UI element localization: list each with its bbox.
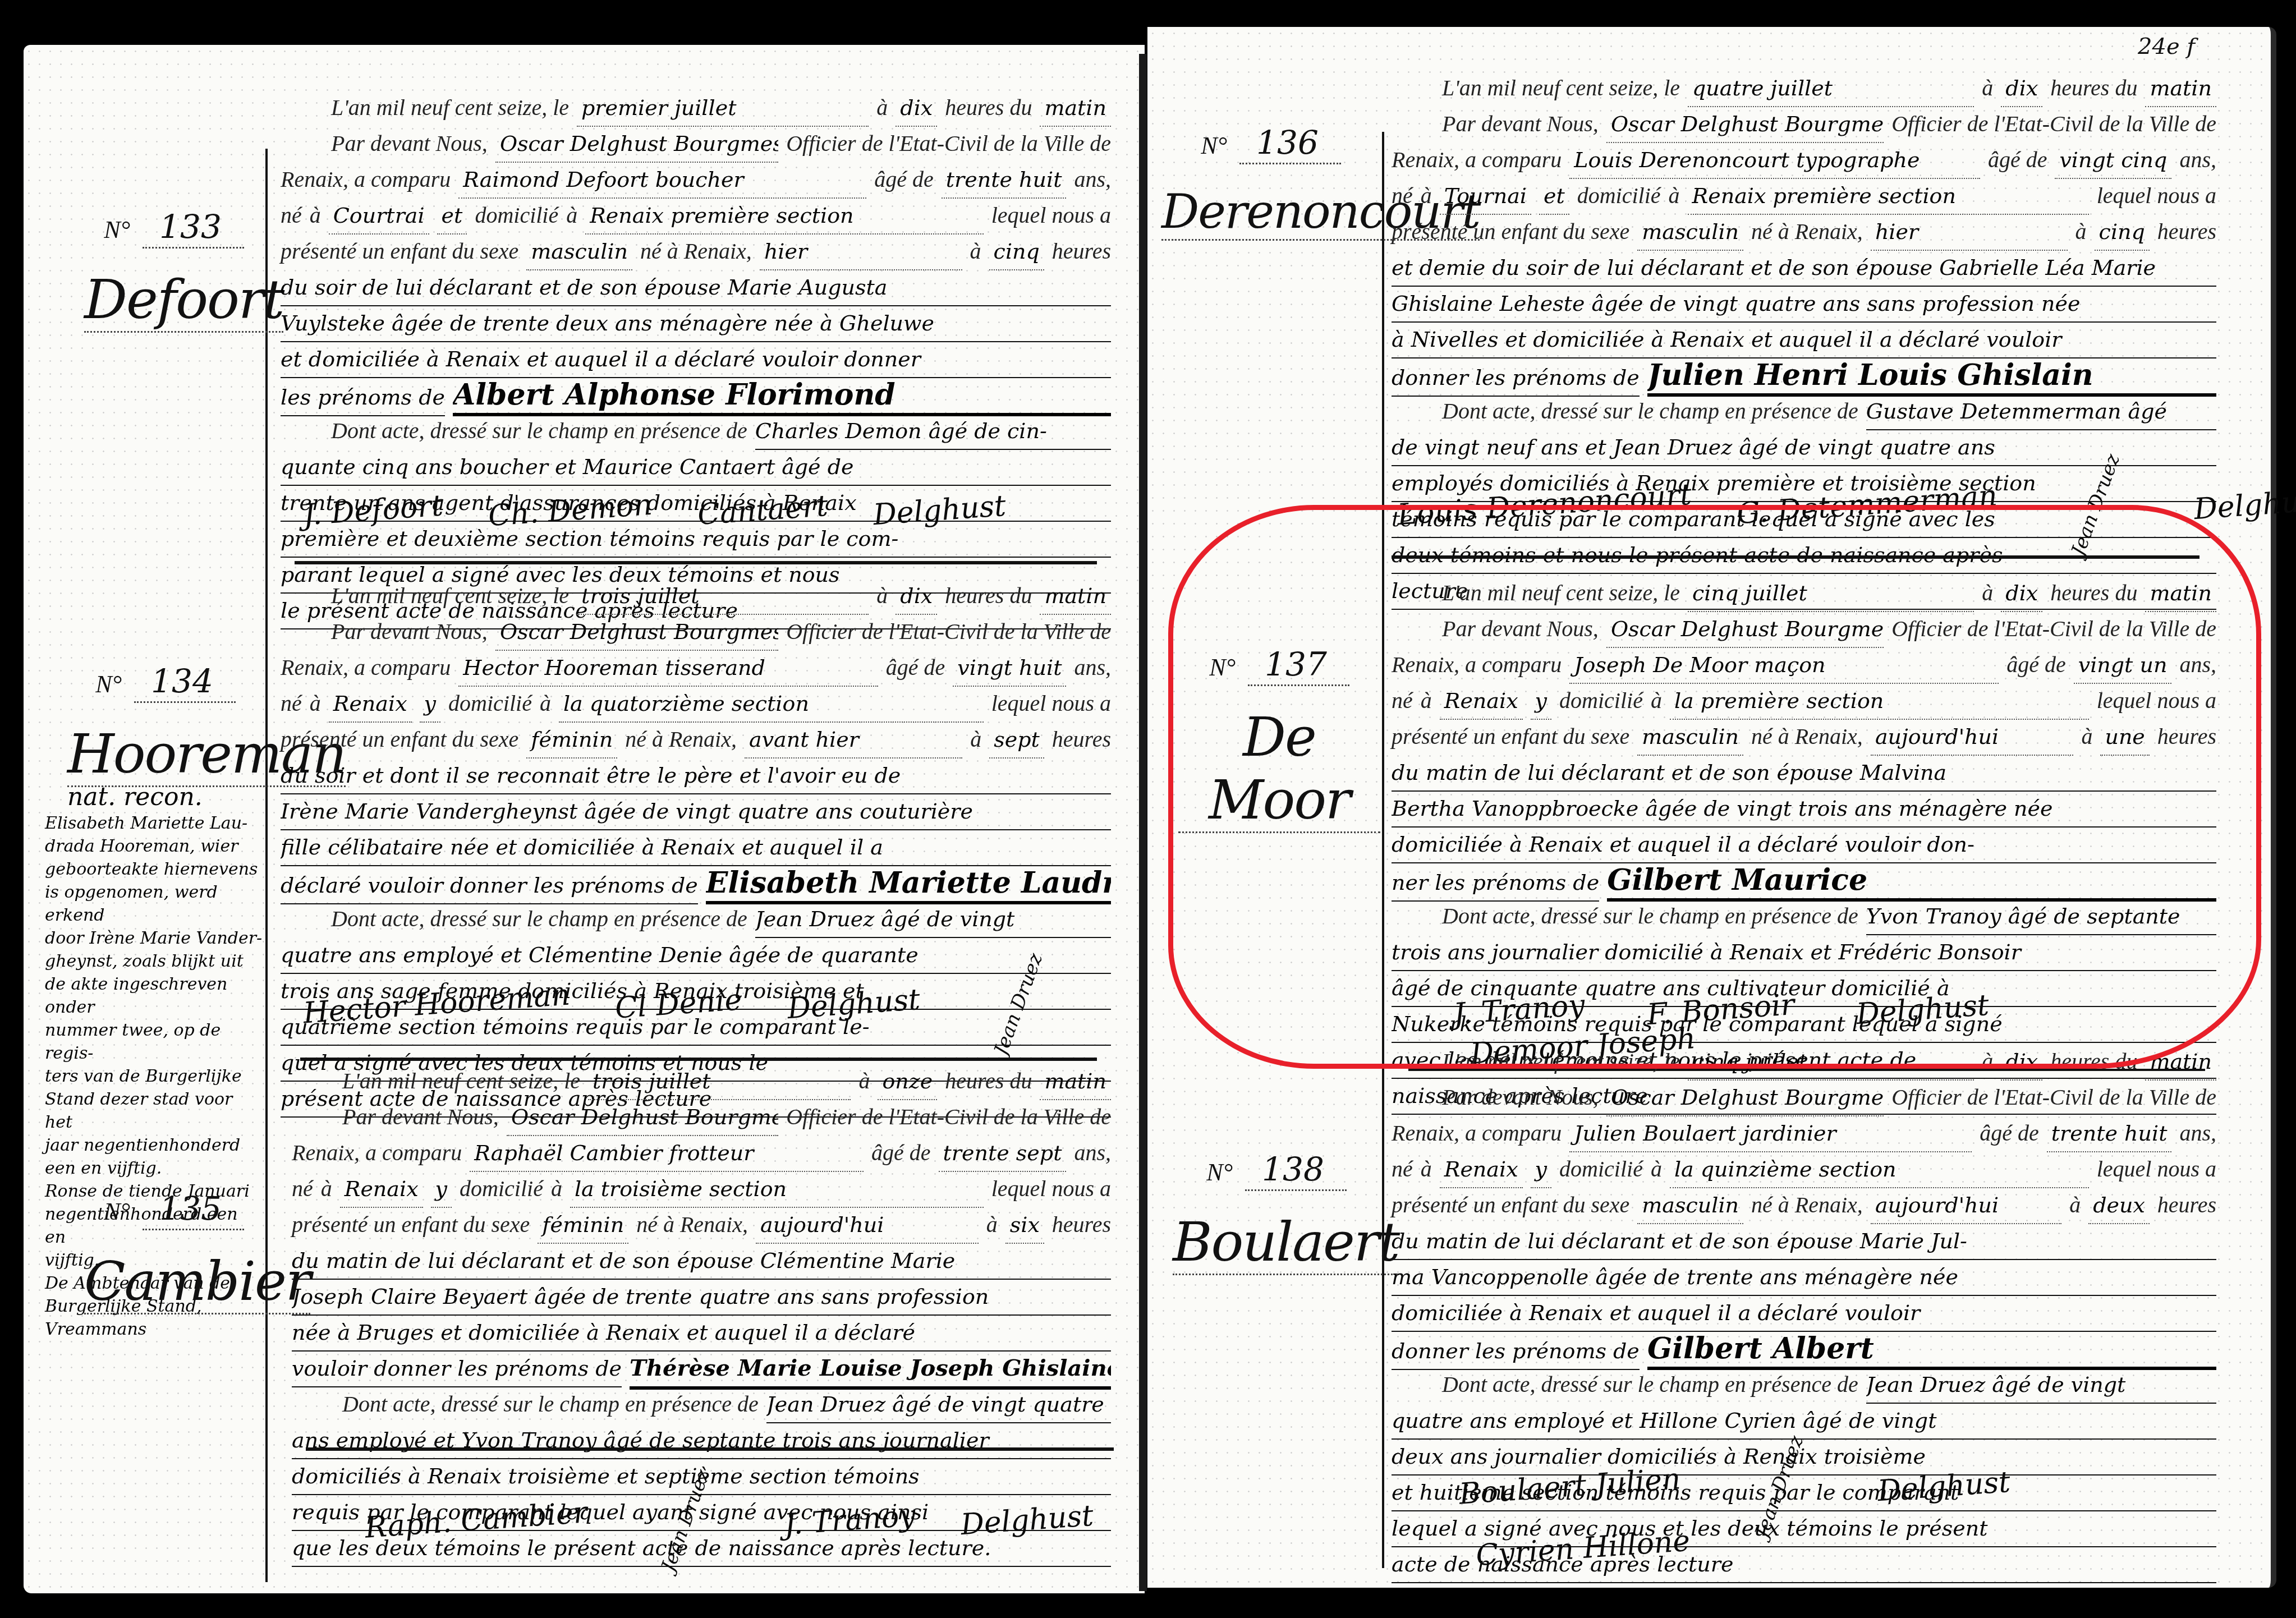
form-line: les prénoms deAlbert Alphonse Florimond <box>281 377 1111 413</box>
form-line: L'an mil neuf cent seize, lequatre juill… <box>1392 70 2216 106</box>
period-text: matin <box>2145 1044 2216 1081</box>
signatures-text: Delghust <box>959 1499 1095 1542</box>
left-margin-rule <box>265 149 268 1582</box>
line1-text: heures du <box>945 578 1032 614</box>
form-line: L'an mil neuf cent seize, letrois juille… <box>292 1063 1111 1099</box>
entry-surname: Boulaert <box>1173 1211 1399 1275</box>
line4-text: domicilié <box>475 197 558 233</box>
witness-text-text: ans employé et Yvon Tranoy âgé de septan… <box>292 1422 1111 1459</box>
form-line: Par devant Nous,Oscar Delghust Bourgmest… <box>292 1099 1111 1135</box>
line1-text: L'an mil neuf cent seize, le <box>331 578 569 614</box>
witness-intro-text: Dont acte, dressé sur le champ en présen… <box>331 413 747 449</box>
signatures-text: J. Defoort <box>302 489 444 532</box>
witness-text-text: trois ans journalier domicilié à Renaix … <box>1392 934 2216 971</box>
when-text: avant hier <box>745 721 962 759</box>
no-label-text: N° <box>1209 654 1236 681</box>
line5-text: à <box>970 721 981 757</box>
line4-text: à <box>1651 1151 1662 1187</box>
signatures: Hector HooremanCl DenieDelghustJean Drue… <box>303 987 1072 1021</box>
form-line: L'an mil neuf cent seize, lecinq juillet… <box>1392 1044 2216 1079</box>
body-text: et domiciliée à Renaix et auquel il a dé… <box>281 341 1111 378</box>
sex-text: masculin <box>1637 214 1743 251</box>
officer-text: Oscar Delghust Bourgmestre <box>1606 106 1884 143</box>
line2-text: Officier de l'Etat-Civil de la Ville de <box>1891 611 2216 647</box>
link-text: et <box>1539 178 1569 215</box>
line3-text: ans, <box>2179 1115 2216 1151</box>
lines-text: geboorteakte hiernevens <box>45 858 264 881</box>
date-text: trois juillet <box>577 578 869 615</box>
form-line: Renaix, a comparuRaimond Defoort boucher… <box>281 162 1111 197</box>
line3-text: âgé de <box>1988 142 2047 178</box>
no-text: 136 <box>1239 123 1341 164</box>
declarant-text: Raphaël Cambier frotteur <box>470 1135 864 1172</box>
at-hour-text: cinq <box>989 233 1044 270</box>
body-text: ma Vancoppenolle âgée de trente ans ména… <box>1392 1259 2216 1296</box>
form-line: Irène Marie Vandergheynst âgée de vingt … <box>281 793 1111 829</box>
signature-witness: Cyrien Hillone <box>1476 1532 1690 1565</box>
form-line: quante cinq ans boucher et Maurice Canta… <box>281 449 1111 485</box>
signatures: Louis DerenoncourtG. DetemmermanJean Dru… <box>1397 488 2296 522</box>
witness-intro-text: Dont acte, dressé sur le champ en présen… <box>1442 393 1858 429</box>
line1-text: à <box>1982 70 1993 106</box>
line2-text: Officier de l'Etat-Civil de la Ville de <box>1891 1079 2216 1115</box>
form-line: Dont acte, dressé sur le champ en présen… <box>281 901 1111 937</box>
line4-text: lequel nous a <box>991 197 1111 233</box>
born-at-text: Renaix <box>340 1171 423 1208</box>
lines-text: de akte ingeschreven onder <box>45 973 264 1019</box>
body-text: du matin de lui déclarant et de son épou… <box>292 1243 1111 1280</box>
form-line: Par devant Nous,Oscar Delghust Bourgmest… <box>281 126 1111 162</box>
witness-text-text: Jean Druez âgé de vingt <box>755 901 1111 938</box>
form-line: Par devant Nous,Oscar Delghust Bourgmest… <box>1392 611 2216 647</box>
witness-text-text: Gustave Detemmerman âgé <box>1866 393 2216 430</box>
book-gutter <box>1139 54 1147 1591</box>
form-line: présenté un enfant du sexemasculinné à R… <box>1392 1187 2216 1223</box>
form-line: néàRenaixydomiciliéàla première sectionl… <box>1392 683 2216 719</box>
domicile-text: la quinzième section <box>1670 1151 2089 1188</box>
line4-text: à <box>310 686 321 721</box>
no-text: 134 <box>134 662 236 703</box>
form-line: présenté un enfant du sexemasculinné à R… <box>1392 214 2216 250</box>
form-line: ner les prénoms deGilbert Maurice <box>1392 862 2216 898</box>
entry-margin: N°134 Hooreman <box>67 662 264 787</box>
line5-text: présenté un enfant du sexe <box>1392 214 1629 250</box>
line5-text: à <box>986 1207 998 1243</box>
declarant-text: Louis Derenoncourt typographe <box>1569 142 1980 179</box>
line3-text: âgé de <box>874 162 934 197</box>
entry-number: N°138 <box>1173 1150 1380 1188</box>
signatures-text: Delghust <box>1855 989 1990 1031</box>
line3-text: ans, <box>2179 142 2216 178</box>
witness-intro-text: Dont acte, dressé sur le champ en présen… <box>331 901 747 937</box>
form-line: quatre ans employé et Clémentine Denie â… <box>281 937 1111 973</box>
domicile-text: Renaix première section <box>1688 178 2089 215</box>
lines-text: nummer twee, op de regis- <box>45 1019 264 1065</box>
born-at-text: Tournai <box>1440 178 1531 215</box>
body-text: ner les prénoms de <box>1392 865 1599 902</box>
body-text: du soir de lui déclarant et de son épous… <box>281 269 1111 306</box>
witness-text-text: quatre ans employé et Clémentine Denie â… <box>281 937 1111 974</box>
line4-text: à <box>566 197 577 233</box>
line2-text: Officier de l'Etat-Civil de la Ville de <box>786 614 1111 650</box>
form-line: L'an mil neuf cent seize, lecinq juillet… <box>1392 575 2216 611</box>
form-line: ans employé et Yvon Tranoy âgé de septan… <box>292 1422 1111 1458</box>
born-at-text: Renaix <box>329 686 412 723</box>
entry-number: N°136 <box>1161 123 1380 162</box>
signatures-text: J. Tranoy <box>1452 989 1586 1031</box>
line2-text: Officier de l'Etat-Civil de la Ville de <box>786 1099 1111 1135</box>
at-hour-text: deux <box>2088 1187 2150 1224</box>
line5-text: heures <box>1052 233 1111 269</box>
period-text: matin <box>2145 70 2216 107</box>
witness-intro-text: Dont acte, dressé sur le champ en présen… <box>1442 1367 1858 1403</box>
born-at-text: Renaix <box>1440 1151 1523 1188</box>
entry-number: N°137 <box>1178 645 1380 683</box>
domicile-text: la troisième section <box>570 1171 984 1208</box>
signatures: Boulaert JulienJean DruezDelghust <box>1459 1470 2010 1504</box>
line3-text: ans, <box>1074 1135 1111 1171</box>
period-text: matin <box>1040 1063 1111 1100</box>
no-label-text: N° <box>1206 1159 1233 1186</box>
entry-margin: N°136 Derenoncourt <box>1161 123 1380 241</box>
line3-text: ans, <box>1074 162 1111 197</box>
signatures-text: Delghust <box>872 489 1007 532</box>
line2-text: Par devant Nous, <box>331 614 488 650</box>
hour-text: onze <box>878 1063 937 1100</box>
declarant-text: Julien Boulaert jardinier <box>1569 1115 1972 1152</box>
witness-text-text: quatre ans employé et Hillone Cyrien âgé… <box>1392 1403 2216 1440</box>
form-line: née à Bruges et domiciliée à Renaix et a… <box>292 1314 1111 1350</box>
declarant-text: Joseph De Moor maçon <box>1569 647 1999 684</box>
line4-text: à <box>1421 178 1432 214</box>
no-text: 138 <box>1245 1150 1347 1191</box>
link-text: et <box>437 197 467 235</box>
line4-text: lequel nous a <box>2097 178 2216 214</box>
body-text: donner les prénoms de <box>1392 360 1640 397</box>
line3-text: Renaix, a comparu <box>1392 1115 1562 1151</box>
heading-text: nat. recon. <box>45 785 264 808</box>
sex-text: féminin <box>538 1207 628 1244</box>
no-text: 137 <box>1248 645 1349 686</box>
line1-text: à <box>1982 575 1993 611</box>
entry-margin: N°137 De Moor <box>1178 645 1380 833</box>
line1-text: à <box>876 578 888 614</box>
line1-text: heures du <box>945 90 1032 126</box>
line2-text: Par devant Nous, <box>1442 1079 1599 1115</box>
entry-surname: Cambier <box>84 1250 310 1314</box>
body-text: Bertha Vanoppbroecke âgée de vingt trois… <box>1392 790 2216 828</box>
body-text: déclaré vouloir donner les prénoms de <box>281 867 698 904</box>
signatures-text: Delghust <box>2193 484 2296 526</box>
line4-text: né <box>281 197 302 233</box>
line5-text: heures <box>2157 1187 2216 1223</box>
form-line: domiciliée à Renaix et auquel il a décla… <box>1392 1295 2216 1331</box>
entry-separator <box>1392 555 2199 559</box>
line3-text: ans, <box>1074 650 1111 686</box>
line5-text: né à Renaix, <box>1751 719 1863 755</box>
period-text: matin <box>1040 90 1111 127</box>
line4-text: à <box>1669 178 1680 214</box>
declarant-text: Raimond Defoort boucher <box>458 162 866 199</box>
witness-text-text: Yvon Tranoy âgé de septante <box>1866 898 2216 935</box>
line4-text: né <box>281 686 302 721</box>
form-line: Dont acte, dressé sur le champ en présen… <box>1392 898 2216 934</box>
link-text: y <box>1531 683 1551 720</box>
form-line: Renaix, a comparuRaphaël Cambier frotteu… <box>292 1135 1111 1171</box>
lines-text: Elisabeth Mariette Lau- <box>45 812 264 835</box>
line5-text: né à Renaix, <box>640 233 752 269</box>
line1-text: heures du <box>2050 70 2137 106</box>
body-text: à Nivelles et domiciliée à Renaix et auq… <box>1392 321 2216 358</box>
lines-text: drada Hooreman, wier <box>45 835 264 858</box>
officer-text: Oscar Delghust Bourgmestre <box>1606 1079 1884 1116</box>
body-text: vouloir donner les prénoms de <box>292 1350 622 1387</box>
line5-text: heures <box>1052 1207 1111 1243</box>
line5-text: né à Renaix, <box>636 1207 748 1243</box>
entry-number: N°134 <box>67 662 264 700</box>
line1-text: L'an mil neuf cent seize, le <box>331 90 569 126</box>
line5-text: présenté un enfant du sexe <box>281 233 518 269</box>
born-at-text: Courtrai <box>329 197 429 235</box>
no-label-text: N° <box>1201 132 1227 159</box>
form-line: présenté un enfant du sexemasculinné à R… <box>1392 719 2216 755</box>
form-line: du soir de lui déclarant et de son épous… <box>281 269 1111 305</box>
entry-separator <box>295 561 1097 564</box>
hour-text: dix <box>2001 575 2042 612</box>
line5-text: présenté un enfant du sexe <box>1392 1187 1629 1223</box>
given-names: Thérèse Marie Louise Joseph Ghislaine Cl… <box>630 1350 1111 1390</box>
form-line: donner les prénoms deJulien Henri Louis … <box>1392 357 2216 393</box>
when-text: hier <box>760 233 962 270</box>
line3-text: âgé de <box>871 1135 931 1171</box>
body-text: les prénoms de <box>281 379 445 416</box>
line4-text: domicilié <box>1577 178 1661 214</box>
line4-text: à <box>551 1171 562 1207</box>
lines-text: door Irène Marie Vander- <box>45 927 264 950</box>
line4-text: domicilié <box>1559 1151 1643 1187</box>
hour-text: dix <box>896 90 937 127</box>
entry-surname: De Moor <box>1178 706 1380 833</box>
signatures: J. TranoyF. BonsoirDelghust <box>1453 993 1989 1027</box>
form-line: Joseph Claire Beyaert âgée de trente qua… <box>292 1279 1111 1314</box>
line4-text: à <box>1421 683 1432 719</box>
given-names: Gilbert Maurice <box>1607 862 2216 902</box>
line4-text: lequel nous a <box>2097 683 2216 719</box>
officer-text: Oscar Delghust Bourgmestre <box>495 126 778 163</box>
line3-text: Renaix, a comparu <box>1392 647 1562 683</box>
no-text: 135 <box>143 1189 244 1230</box>
given-names: Albert Alphonse Florimond <box>453 377 1111 416</box>
entry-separator <box>306 1447 1114 1451</box>
hour-text: dix <box>2001 70 2042 107</box>
line3-text: âgé de <box>2006 647 2066 683</box>
line3-text: Renaix, a comparu <box>281 650 451 686</box>
line5-text: heures <box>1052 721 1111 757</box>
age-text: trente huit <box>2047 1115 2172 1152</box>
entry-separator <box>300 1058 1097 1061</box>
age-text: vingt huit <box>953 650 1066 687</box>
age-text: trente huit <box>942 162 1067 199</box>
link-text: y <box>431 1171 452 1208</box>
line3-text: Renaix, a comparu <box>292 1135 462 1171</box>
form-line: néàRenaixydomiciliéàla quinzième section… <box>1392 1151 2216 1187</box>
line5-text: né à Renaix, <box>625 721 737 757</box>
signatures: J. DefoortCh. DemonCantaertDelghust <box>303 494 1006 527</box>
form-line: néàTournaietdomiciliéàRenaix première se… <box>1392 178 2216 214</box>
line4-text: lequel nous a <box>991 686 1111 721</box>
no-text: 133 <box>143 208 244 249</box>
hour-text: dix <box>2001 1044 2042 1081</box>
line4-text: à <box>1651 683 1662 719</box>
no-label-text: N° <box>104 216 130 243</box>
line2-text: Par devant Nous, <box>1442 611 1599 647</box>
no-label-text: N° <box>104 1198 130 1225</box>
domicile-text: la quatorzième section <box>559 686 984 723</box>
form-line: Renaix, a comparuLouis Derenoncourt typo… <box>1392 142 2216 178</box>
line3-text: Renaix, a comparu <box>281 162 451 197</box>
witness-text-text: quante cinq ans boucher et Maurice Canta… <box>281 449 1111 486</box>
form-line: présenté un enfant du sexefémininné à Re… <box>292 1207 1111 1243</box>
form-line: L'an mil neuf cent seize, lepremier juil… <box>281 90 1111 126</box>
signatures-text: Ch. Demon <box>487 488 653 533</box>
form-line: Par devant Nous,Oscar Delghust Bourgmest… <box>281 614 1111 650</box>
date-text: trois juillet <box>588 1063 851 1100</box>
age-text: trente sept <box>939 1135 1067 1172</box>
entry-margin: N°133 Defoort <box>84 208 264 333</box>
form-line: fille célibataire née et domiciliée à Re… <box>281 829 1111 865</box>
body-text: Ghislaine Leheste âgée de vingt quatre a… <box>1392 286 2216 323</box>
form-line: domiciliée à Renaix et auquel il a décla… <box>1392 826 2216 862</box>
form-line: du matin de lui déclarant et de son épou… <box>1392 1223 2216 1259</box>
form-line: donner les prénoms deGilbert Albert <box>1392 1331 2216 1367</box>
form-line: trois ans journalier domicilié à Renaix … <box>1392 934 2216 970</box>
form-line: Dont acte, dressé sur le champ en présen… <box>1392 1367 2216 1403</box>
form-line: du matin de lui déclarant et de son épou… <box>292 1243 1111 1279</box>
line4-text: à <box>310 197 321 233</box>
form-line: néàRenaixydomiciliéàla troisième section… <box>292 1171 1111 1207</box>
officer-text: Oscar Delghust Bourgmestre <box>507 1099 778 1136</box>
form-line: Par devant Nous,Oscar Delghust Bourgmest… <box>1392 1079 2216 1115</box>
body-text: fille célibataire née et domiciliée à Re… <box>281 829 1111 866</box>
sex-text: féminin <box>526 721 617 759</box>
date-text: cinq juillet <box>1688 1044 1974 1081</box>
at-hour-text: cinq <box>2095 214 2150 251</box>
line1-text: heures du <box>945 1063 1032 1099</box>
form-line: Dont acte, dressé sur le champ en présen… <box>281 413 1111 449</box>
line1-text: heures du <box>2050 1044 2137 1079</box>
lines-text: ters van de Burgerlijke <box>45 1065 264 1088</box>
line4-text: né <box>1392 1151 1413 1187</box>
line2-text: Officier de l'Etat-Civil de la Ville de <box>1891 106 2216 142</box>
line5-text: présenté un enfant du sexe <box>1392 719 1629 755</box>
body-text: Irène Marie Vandergheynst âgée de vingt … <box>281 793 1111 830</box>
body-text: et demie du soir de lui déclarant et de … <box>1392 250 2216 287</box>
form-line: Vuylsteke âgée de trente deux ans ménagè… <box>281 305 1111 341</box>
form-line: Par devant Nous,Oscar Delghust Bourgmest… <box>1392 106 2216 142</box>
form-line: et demie du soir de lui déclarant et de … <box>1392 250 2216 286</box>
at-hour-text: six <box>1005 1207 1044 1244</box>
link-text: y <box>1531 1151 1551 1188</box>
entry-surname: Defoort <box>84 268 283 333</box>
line1-text: L'an mil neuf cent seize, le <box>1442 70 1680 106</box>
entry-margin: N°135 Cambier <box>84 1189 264 1314</box>
line1-text: à <box>876 90 888 126</box>
body-text: du soir et dont il se reconnait être le … <box>281 757 1111 794</box>
link-text: y <box>420 686 440 723</box>
line5-text: à <box>2081 719 2092 755</box>
body-text: du matin de lui déclarant et de son épou… <box>1392 755 2216 792</box>
line2-text: Par devant Nous, <box>331 126 488 162</box>
signatures-text: Cantaert <box>696 489 829 532</box>
signatures: Raph. CambierJean DruezJ. TranoyDelghust <box>365 1504 1094 1537</box>
line4-text: né <box>292 1171 313 1207</box>
line5-text: présenté un enfant du sexe <box>281 721 518 757</box>
signatures-text: Cl Denie <box>614 983 743 1026</box>
line1-text: L'an mil neuf cent seize, le <box>342 1063 580 1099</box>
line4-text: né <box>1392 178 1413 214</box>
lines-text: gheynst, zoals blijkt uit <box>45 950 264 973</box>
domicile-text: Renaix première section <box>585 197 983 235</box>
declarant-text: Hector Hooreman tisserand <box>458 650 878 687</box>
line5-text: à <box>970 233 981 269</box>
when-text: aujourd'hui <box>756 1207 979 1244</box>
form-line: présenté un enfant du sexefémininné à Re… <box>281 721 1111 757</box>
age-text: vingt un <box>2074 647 2172 684</box>
line5-text: né à Renaix, <box>1751 214 1863 250</box>
form-line: Dont acte, dressé sur le champ en présen… <box>1392 393 2216 429</box>
date-text: quatre juillet <box>1688 70 1974 107</box>
given-names: Gilbert Albert <box>1647 1331 2216 1370</box>
line5-text: heures <box>2157 214 2216 250</box>
line1-text: L'an mil neuf cent seize, le <box>1442 575 1680 611</box>
signatures-text: Delghust <box>786 983 921 1026</box>
line1-text: à <box>1982 1044 1993 1079</box>
form-line: de vingt neuf ans et Jean Druez âgé de v… <box>1392 429 2216 465</box>
entry-margin: N°138 Boulaert <box>1173 1150 1380 1275</box>
form-line: néàRenaixydomiciliéàla quatorzième secti… <box>281 686 1111 721</box>
line1-text: heures du <box>2050 575 2137 611</box>
signatures-text: J. Tranoy <box>783 1499 916 1542</box>
form-line: ma Vancoppenolle âgée de trente ans ména… <box>1392 1259 2216 1295</box>
when-text: aujourd'hui <box>1871 719 2074 756</box>
form-line: Renaix, a comparuJulien Boulaert jardini… <box>1392 1115 2216 1151</box>
body-text: donner les prénoms de <box>1392 1333 1640 1370</box>
sex-text: masculin <box>526 233 632 270</box>
form-line: néàCourtraietdomiciliéàRenaix première s… <box>281 197 1111 233</box>
form-line: quatre ans employé et Hillone Cyrien âgé… <box>1392 1403 2216 1438</box>
age-text: vingt cinq <box>2055 142 2171 179</box>
line5-text: présenté un enfant du sexe <box>292 1207 530 1243</box>
sex-text: masculin <box>1637 719 1743 756</box>
entry-number: N°133 <box>84 208 264 246</box>
line3-text: âgé de <box>1980 1115 2039 1151</box>
witness-text-text: de vingt neuf ans et Jean Druez âgé de v… <box>1392 429 2216 466</box>
witness-intro-text: Dont acte, dressé sur le champ en présen… <box>1442 898 1858 934</box>
line4-text: lequel nous a <box>2097 1151 2216 1187</box>
witness-text-text: Jean Druez âgé de vingt quatre <box>766 1386 1111 1423</box>
line4-text: domicilié <box>460 1171 543 1207</box>
witness-text-text: Jean Druez âgé de vingt <box>1866 1367 2216 1404</box>
line1-text: L'an mil neuf cent seize, le <box>1442 1044 1680 1079</box>
domicile-text: la première section <box>1670 683 2089 720</box>
form-line: Dont acte, dressé sur le champ en présen… <box>292 1386 1111 1422</box>
form-line: à Nivelles et domiciliée à Renaix et auq… <box>1392 321 2216 357</box>
signatures-text: Delghust <box>1876 1465 2012 1508</box>
form-line: du matin de lui déclarant et de son épou… <box>1392 755 2216 790</box>
sex-text: masculin <box>1637 1187 1743 1224</box>
period-text: matin <box>2145 575 2216 612</box>
when-text: aujourd'hui <box>1871 1187 2061 1224</box>
